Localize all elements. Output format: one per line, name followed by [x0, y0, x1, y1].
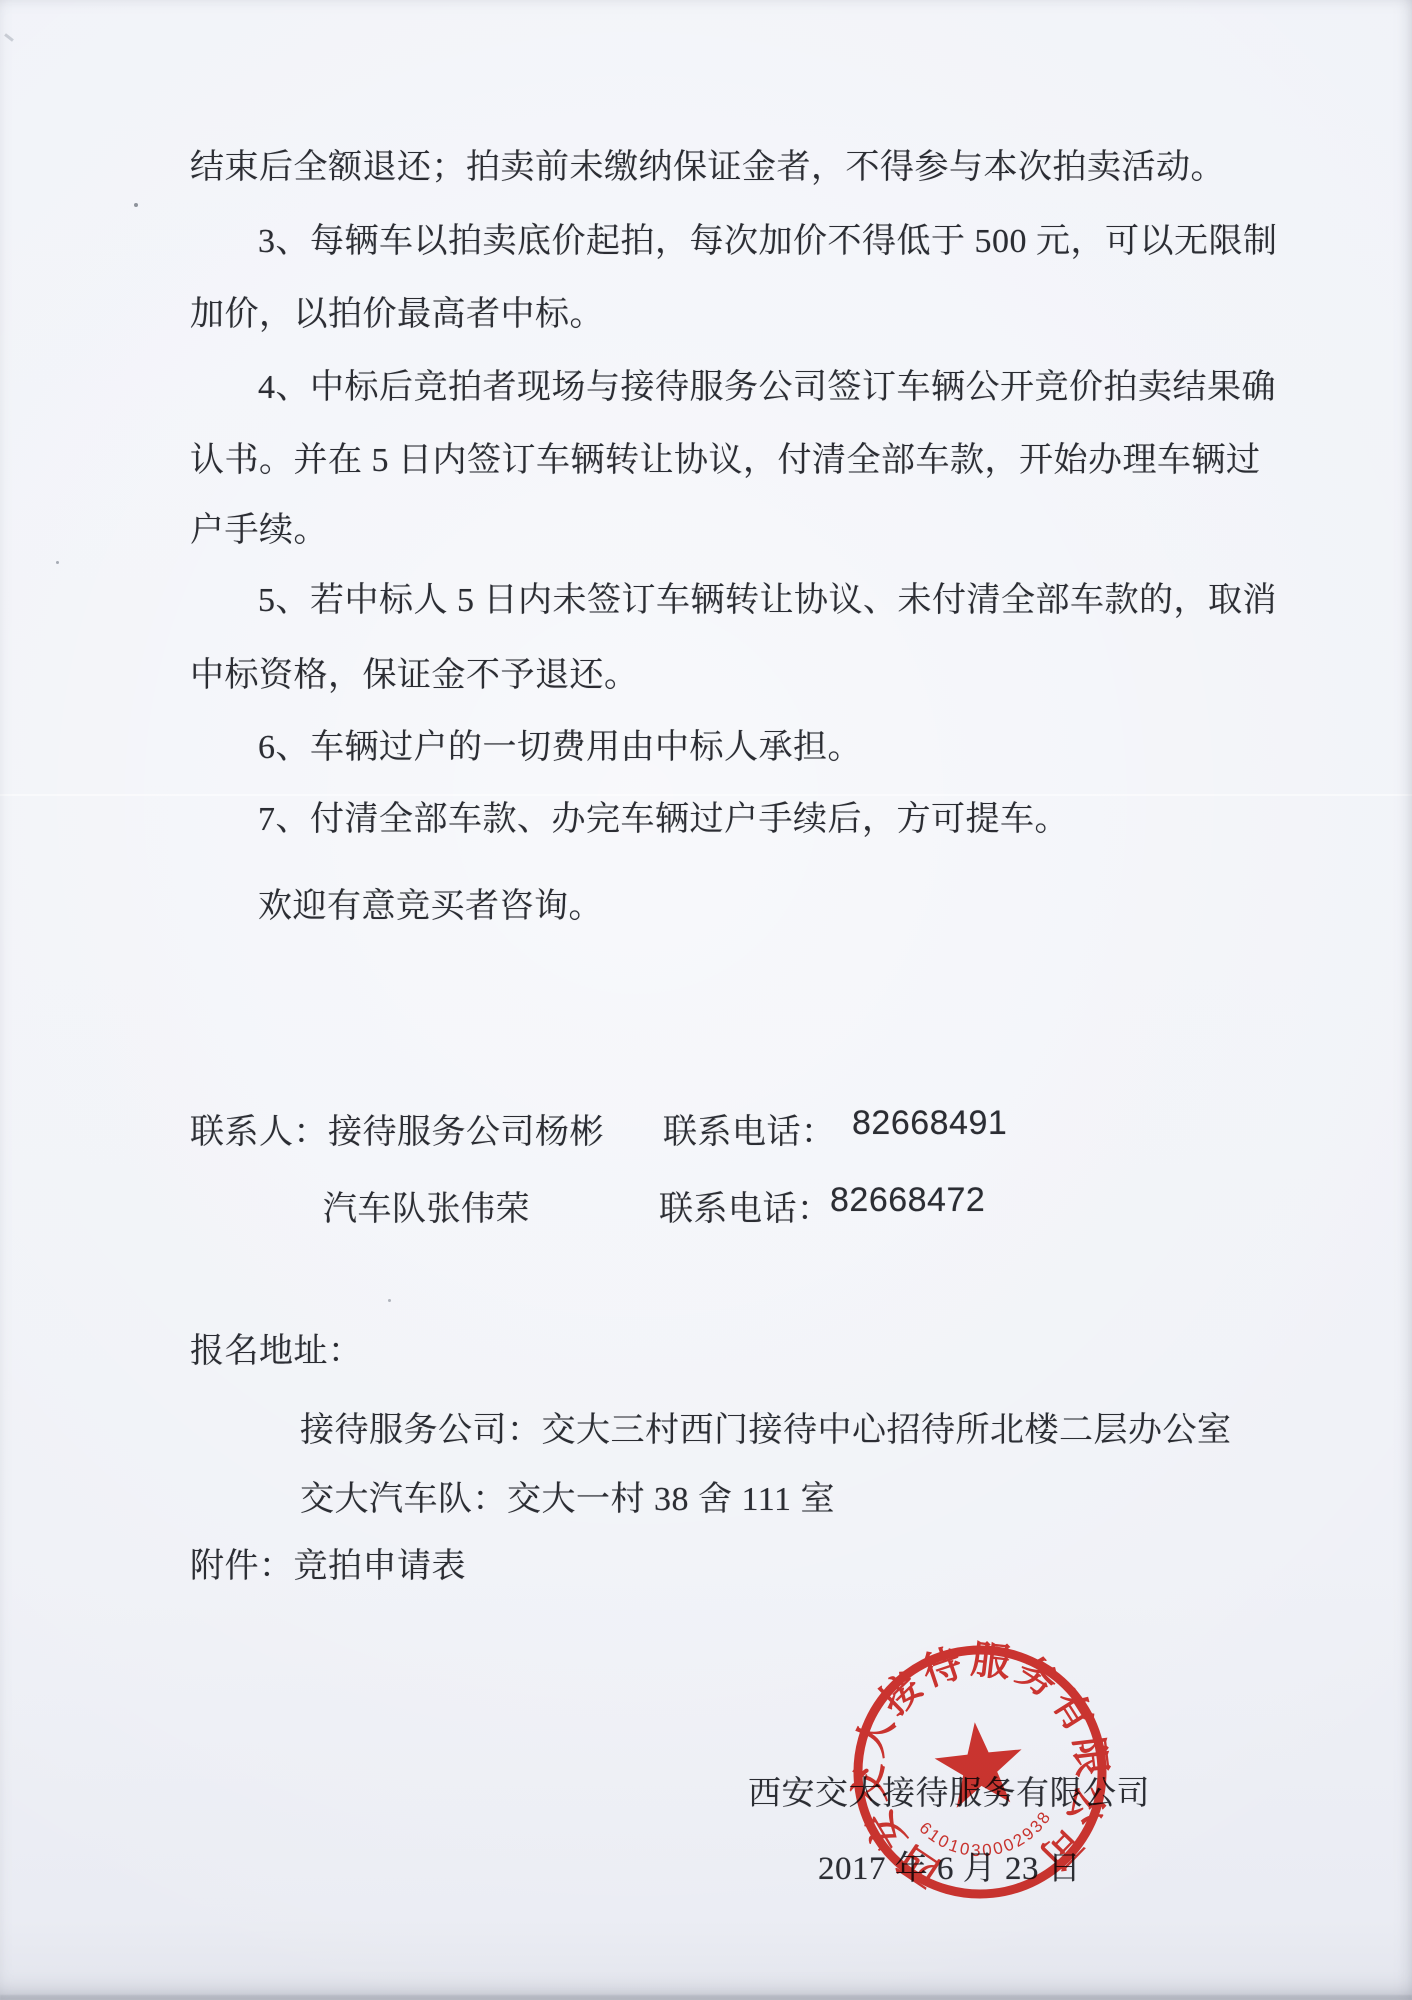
- scan-speck: [134, 203, 138, 207]
- body-line: 中标资格，保证金不予退还。: [190, 656, 639, 696]
- body-line: 3、每辆车以拍卖底价起拍，每次加价不得低于 500 元，可以无限制: [258, 222, 1278, 262]
- body-line: 7、付清全部车款、办完车辆过户手续后，方可提车。: [258, 800, 1069, 840]
- body-line: 加价，以拍价最高者中标。: [190, 295, 604, 335]
- contact-name: 联系人：接待服务公司杨彬: [190, 1104, 604, 1153]
- scan-band-artifact: [0, 794, 1412, 796]
- attachment-line: 附件：竞拍申请表: [190, 1547, 466, 1587]
- address-line: 接待服务公司：交大三村西门接待中心招待所北楼二层办公室: [300, 1411, 1232, 1451]
- contact-row: 联系人：接待服务公司杨彬 联系电话： 82668491: [0, 1104, 1412, 1148]
- scan-corner-artifact: [4, 33, 14, 42]
- scan-speck: [388, 1299, 391, 1302]
- contact-phone-number: 82668491: [852, 1104, 1007, 1143]
- contact-phone-label: 联系电话：: [663, 1104, 836, 1153]
- address-heading: 报名地址：: [190, 1332, 363, 1372]
- scan-speck: [56, 561, 59, 564]
- body-line: 认书。并在 5 日内签订车辆转让协议，付清全部车款，开始办理车辆过: [190, 441, 1261, 481]
- company-seal-stamp: 西安交大接待服务有限公司 6101030002938: [845, 1637, 1115, 1907]
- scan-bottom-edge: [0, 1995, 1412, 2000]
- body-line: 4、中标后竞拍者现场与接待服务公司签订车辆公开竞价拍卖结果确: [258, 368, 1276, 408]
- body-line: 5、若中标人 5 日内未签订车辆转让协议、未付清全部车款的，取消: [258, 581, 1277, 621]
- body-line: 6、车辆过户的一切费用由中标人承担。: [258, 728, 862, 768]
- address-line: 交大汽车队：交大一村 38 舍 111 室: [300, 1480, 835, 1520]
- star-icon: [931, 1718, 1027, 1810]
- body-line: 结束后全额退还；拍卖前未缴纳保证金者，不得参与本次拍卖活动。: [190, 148, 1225, 188]
- scanned-document-page: 结束后全额退还；拍卖前未缴纳保证金者，不得参与本次拍卖活动。 3、每辆车以拍卖底…: [0, 0, 1412, 2000]
- contact-row: 汽车队张伟荣 联系电话： 82668472: [0, 1181, 1412, 1225]
- contact-phone-number: 82668472: [830, 1181, 985, 1220]
- body-line: 欢迎有意竞买者咨询。: [258, 887, 603, 927]
- contact-name: 汽车队张伟荣: [323, 1181, 530, 1230]
- contact-phone-label: 联系电话：: [659, 1181, 832, 1230]
- body-line: 户手续。: [190, 511, 328, 551]
